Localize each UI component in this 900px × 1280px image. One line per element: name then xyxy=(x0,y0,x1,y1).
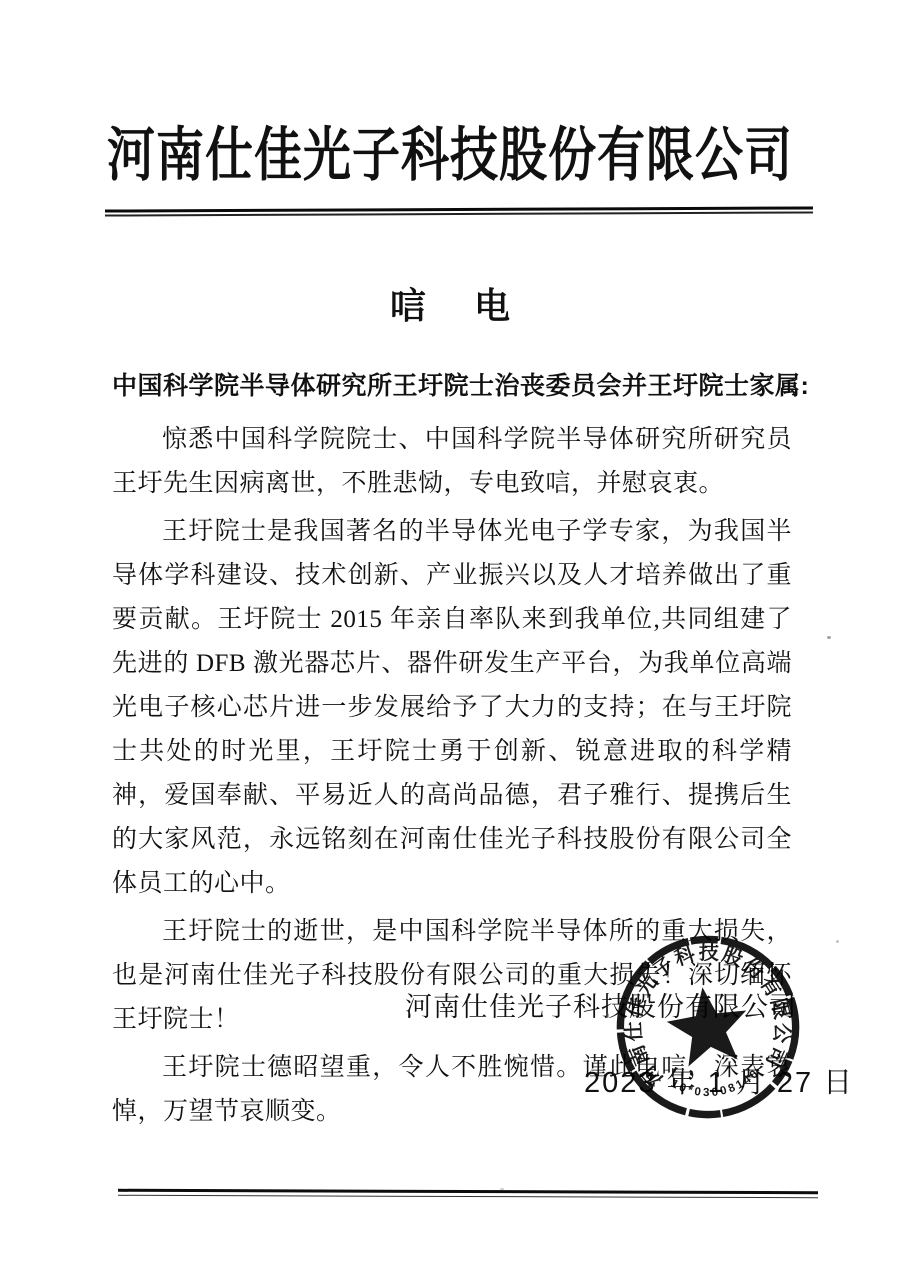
paragraph-2: 王圩院士是我国著名的半导体光电子学专家，为我国半导体学科建设、技术创新、产业振兴… xyxy=(112,510,792,906)
letter-title-char-1: 唁 xyxy=(390,278,426,329)
scan-speck xyxy=(827,636,831,639)
letter-title-char-2: 电 xyxy=(474,278,510,329)
seal-serial-number: 10*03008140 xyxy=(667,1065,764,1105)
scanned-letter-page: 河南仕佳光子科技股份有限公司 唁电 中国科学院半导体研究所王圩院士治丧委员会并王… xyxy=(0,0,900,1280)
scan-speck xyxy=(500,1188,504,1190)
footer-divider xyxy=(118,1189,818,1199)
paragraph-1: 惊悉中国科学院院士、中国科学院半导体研究所研究员王圩先生因病离世，不胜悲恸，专电… xyxy=(112,418,792,506)
svg-text:10*03008140: 10*03008140 xyxy=(667,1065,764,1105)
scan-speck xyxy=(836,940,839,943)
seal-star-icon xyxy=(663,982,753,1069)
salutation-line: 中国科学院半导体研究所王圩院士治丧委员会并王圩院士家属: xyxy=(112,364,792,408)
letterhead-company-name: 河南仕佳光子科技股份有限公司 xyxy=(0,108,900,192)
letterhead-divider xyxy=(105,206,813,219)
company-seal-stamp: 河南仕佳光子科技股份有限公司 10*03008140 xyxy=(601,920,816,1135)
scan-speck xyxy=(606,1013,609,1018)
letter-title: 唁电 xyxy=(0,278,900,329)
